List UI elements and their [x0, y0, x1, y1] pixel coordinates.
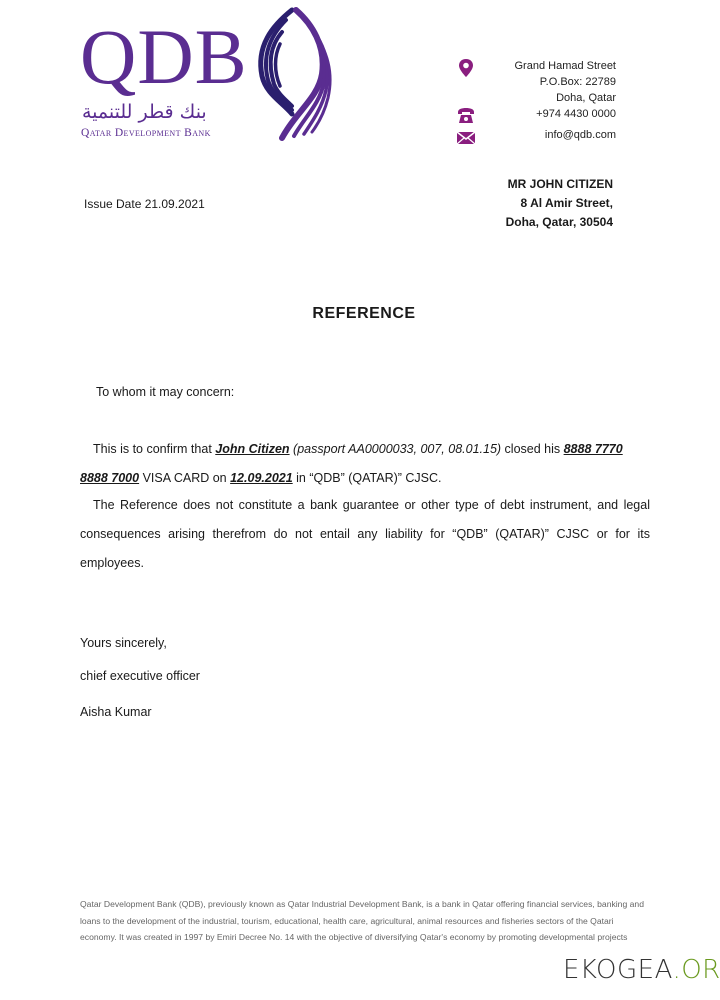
- footer-bank-description: Qatar Development Bank (QDB), previously…: [80, 896, 650, 946]
- logo-flame-mark-icon: [252, 6, 334, 142]
- contact-address-line1: Grand Hamad Street: [515, 60, 617, 72]
- recipient-address: MR JOHN CITIZEN 8 Al Amir Street, Doha, …: [506, 175, 613, 232]
- account-holder-name: John Citizen: [215, 442, 289, 456]
- signatory-name: Aisha Kumar: [80, 705, 152, 719]
- contact-address-line3: Doha, Qatar: [556, 92, 616, 104]
- signatory-position: chief executive officer: [80, 669, 200, 683]
- close-date: 12.09.2021: [230, 471, 293, 485]
- logo-arabic-name: بنك قطر للتنمية: [82, 101, 232, 123]
- watermark: EKOGEA.ORG: [563, 955, 720, 985]
- recipient-city: Doha, Qatar, 30504: [506, 213, 613, 232]
- confirmation-paragraph: This is to confirm that John Citizen (pa…: [80, 435, 650, 493]
- location-pin-icon: [456, 58, 476, 78]
- contact-email[interactable]: info@qdb.com: [545, 129, 616, 141]
- passport-details: (passport AA0000033, 007, 08.01.15): [290, 442, 502, 456]
- closing-salutation: Yours sincerely,: [80, 636, 167, 650]
- contact-phone: +974 4430 0000: [536, 108, 616, 120]
- recipient-name: MR JOHN CITIZEN: [506, 175, 613, 194]
- card-number-part1: 8888 7770: [564, 442, 623, 456]
- envelope-icon: [456, 128, 476, 148]
- greeting: To whom it may concern:: [96, 385, 234, 399]
- disclaimer-paragraph: The Reference does not constitute a bank…: [80, 491, 650, 578]
- card-number-part2: 8888 7000: [80, 471, 139, 485]
- document-title: REFERENCE: [0, 305, 720, 323]
- recipient-street: 8 Al Amir Street,: [506, 194, 613, 213]
- contact-address-line2: P.O.Box: 22789: [540, 76, 616, 88]
- logo-abbreviation: QDB: [80, 18, 248, 96]
- issue-date: Issue Date 21.09.2021: [84, 197, 205, 211]
- logo-bank-name: Qatar Development Bank: [81, 127, 211, 139]
- telephone-icon: [456, 106, 476, 126]
